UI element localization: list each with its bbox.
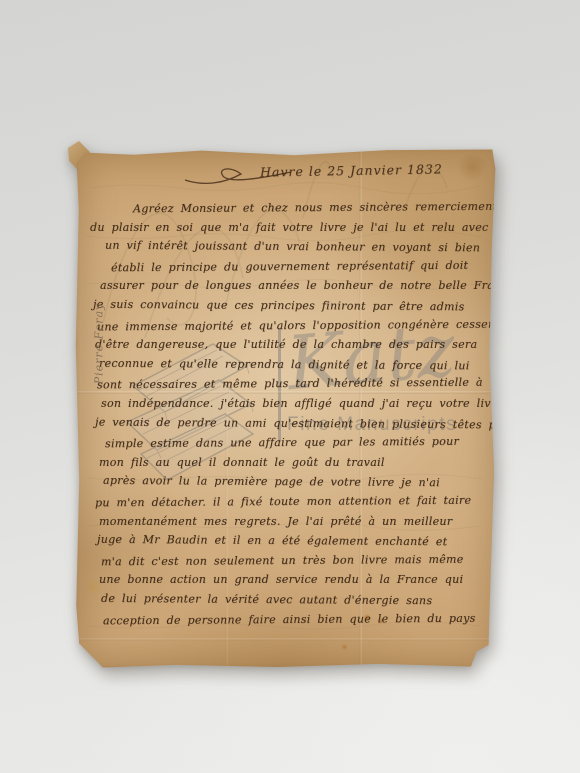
letter-line: d'être dangereuse, que l'utilité de la c… <box>95 338 477 351</box>
letter-line: juge à Mr Baudin et il en a été égalemen… <box>97 533 447 548</box>
letter-line: je venais de perdre un ami qu'estimaient… <box>95 415 497 431</box>
letter-line: assurer pour de longues années le bonheu… <box>100 279 497 292</box>
letter-line: après avoir lu la première page de votre… <box>103 474 440 489</box>
photo-backdrop: Katz Fine Manuscripts Havre le 25 Janvie… <box>0 0 580 773</box>
letter-line: sont nécessaires et même plus tard l'hér… <box>97 376 483 392</box>
letter-line: pu m'en détacher. il a fixé toute mon at… <box>95 494 471 510</box>
letter-body: Agréez Monsieur et chez nous mes sincère… <box>75 148 497 668</box>
letter-line: simple estime dans une affaire que par l… <box>105 435 459 450</box>
letter-line: mon fils au quel il donnait le goût du t… <box>99 456 385 469</box>
letter-line: m'a dit c'est non seulement un très bon … <box>101 553 464 569</box>
letter-line: de lui présenter la vérité avec autant d… <box>101 592 432 607</box>
letter-line: Agréez Monsieur et chez nous mes sincère… <box>133 200 497 216</box>
margin-note: Pierre Feray <box>93 278 108 410</box>
letter-line: du plaisir en soi que m'a fait votre liv… <box>90 221 488 234</box>
letter-line: son indépendance. j'étais bien affligé q… <box>101 397 497 410</box>
letter-paper-wrap: Katz Fine Manuscripts Havre le 25 Janvie… <box>75 148 497 668</box>
letter-line: acception de personne faire ainsi bien q… <box>103 611 476 627</box>
letter-line: reconnue et qu'elle reprendra la dignité… <box>99 357 470 373</box>
letter-line: une immense majorité et qu'alors l'oppos… <box>97 317 497 333</box>
letter-line: une bonne action un grand service rendu … <box>99 573 463 586</box>
letter-line: un vif intérêt jouissant d'un vrai bonhe… <box>105 239 480 255</box>
letter-line: momentanément mes regrets. Je l'ai prêté… <box>99 515 452 528</box>
letter-paper: Katz Fine Manuscripts Havre le 25 Janvie… <box>75 148 497 668</box>
letter-line: établi le principe du gouvernement repré… <box>111 259 468 274</box>
letter-line: je suis convaincu que ces principes fini… <box>93 298 465 314</box>
